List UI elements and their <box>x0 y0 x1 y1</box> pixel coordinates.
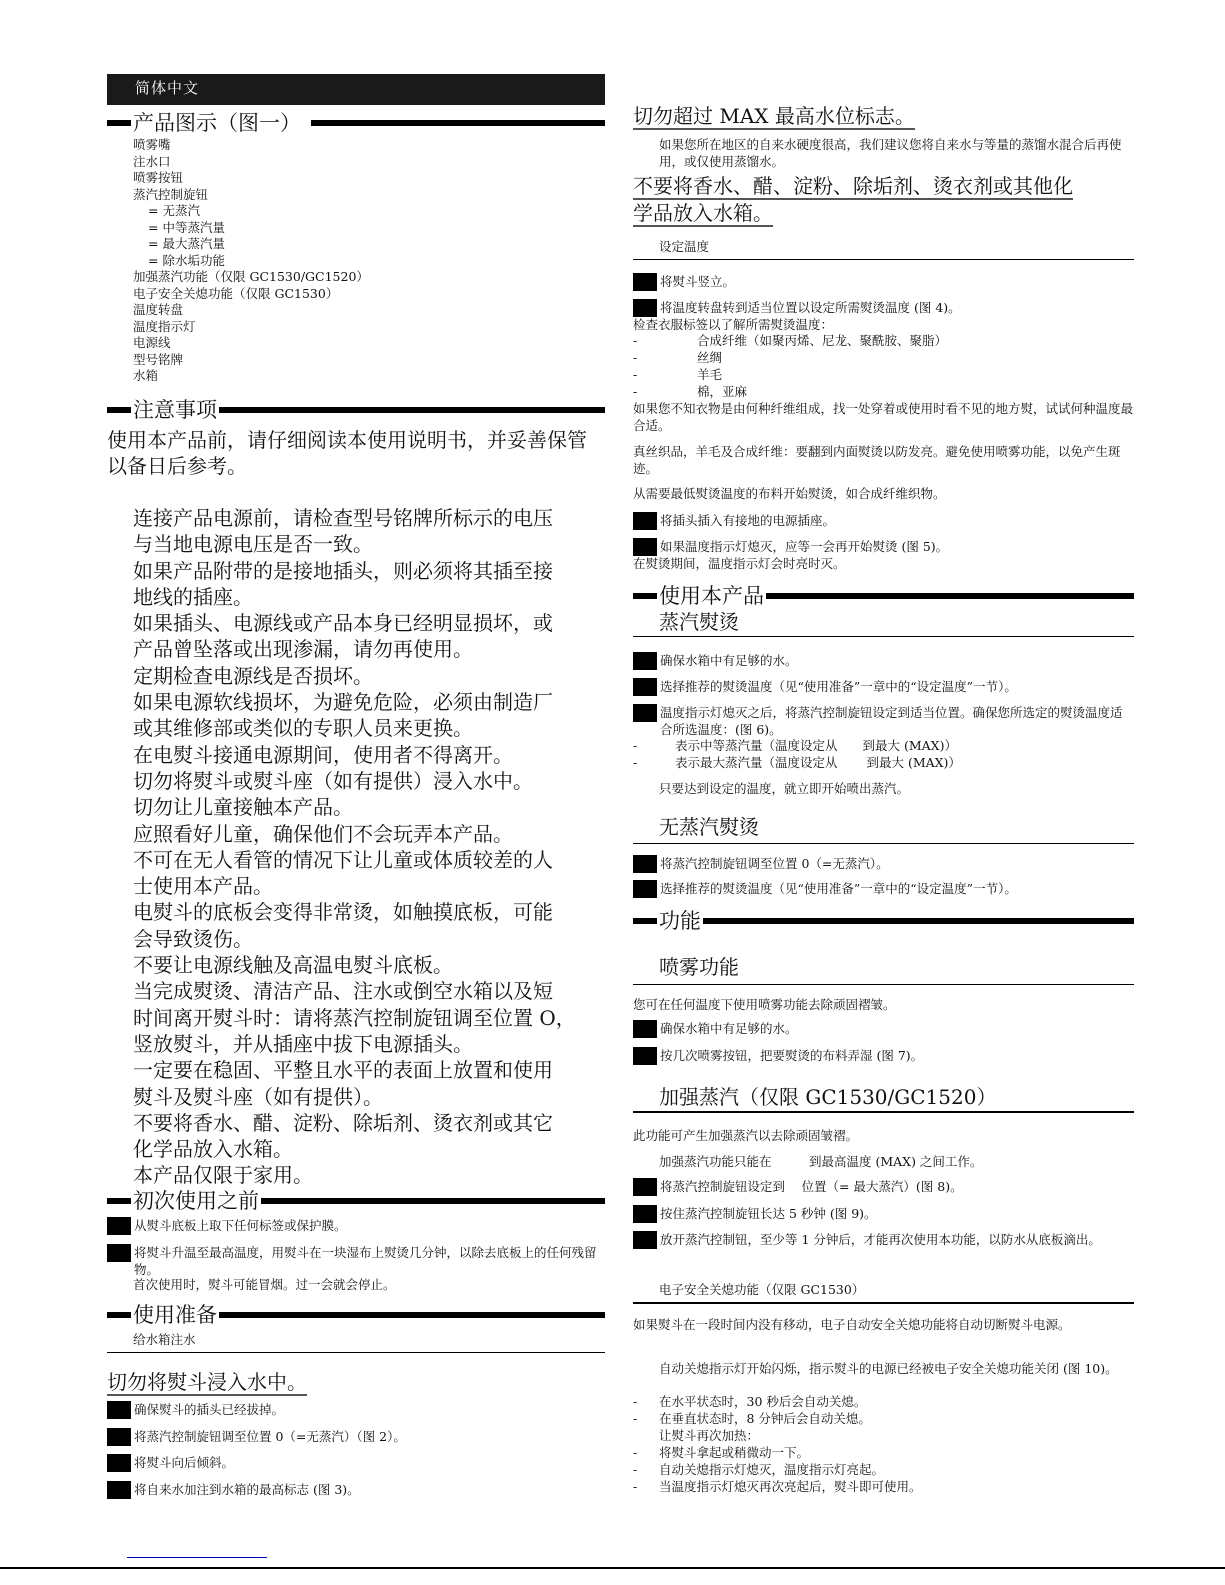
step-text: 将蒸汽控制旋钮调至位置 0（=无蒸汽）（图 2）。 <box>134 1428 406 1446</box>
safety-line: 与当地电源电压是否一致。 <box>133 531 608 557</box>
step-text: 选择推荐的熨烫温度（见“使用准备”一章中的“设定温度”一节）。 <box>660 880 1017 898</box>
step-text: 将熨斗竖立。 <box>660 273 735 291</box>
step-marker <box>633 1231 657 1249</box>
safety-line: 定期检查电源线是否损坏。 <box>133 663 608 689</box>
steam-level-item: -表示最大蒸汽量（温度设定从 到最大 (MAX)） <box>633 755 961 772</box>
subsection-rule <box>633 984 1134 985</box>
step-item: 将熨斗升温至最高温度，用熨斗在一块湿布上熨烫几分钟，以除去底板上的任何残留物。 <box>107 1244 599 1278</box>
part-item: 型号铭牌 <box>133 352 593 369</box>
step-item: 将熨斗竖立。 <box>633 273 735 291</box>
safety-line: 熨斗及熨斗座（如有提供）。 <box>133 1084 608 1110</box>
reheat-text: 当温度指示灯熄灭再次亮起后，熨斗即可使用。 <box>657 1479 922 1494</box>
subsection-rule <box>633 259 1134 260</box>
warning-text: 切勿超过 MAX 最高水位标志。 <box>633 104 915 130</box>
step-note: 在熨烫期间，温度指示灯会时亮时灭。 <box>633 556 846 573</box>
step-text: 将蒸汽控制旋钮调至位置 0（=无蒸汽）。 <box>660 855 889 873</box>
auto-off-text: 在水平状态时，30 秒后会自动关熄。 <box>657 1394 866 1409</box>
dash-bullet: - <box>633 384 657 401</box>
header-rule-left <box>107 1198 131 1204</box>
section-header-preparing: 使用准备 <box>107 1302 605 1328</box>
step-item: 选择推荐的熨烫温度（见“使用准备”一章中的“设定温度”一节）。 <box>633 678 1017 696</box>
auto-off-text: 在垂直状态时，8 分钟后会自动关熄。 <box>657 1411 871 1426</box>
safety-line: 连接产品电源前，请检查型号铭牌所标示的电压 <box>133 505 608 531</box>
spray-intro: 您可在任何温度下使用喷雾功能去除顽固褶皱。 <box>633 997 896 1014</box>
step-item: 将插头插入有接地的电源插座。 <box>633 512 835 530</box>
reheat-item: -当温度指示灯熄灭再次亮起后，熨斗即可使用。 <box>633 1479 922 1496</box>
part-subitem: = 无蒸汽 <box>133 203 593 220</box>
first-use-note: 首次使用时，熨斗可能冒烟。过一会就会停止。 <box>133 1277 396 1294</box>
part-item: 喷雾按钮 <box>133 170 593 187</box>
step-marker <box>633 538 657 556</box>
step-marker <box>633 652 657 670</box>
section-header-product-overview: 产品图示（图一） <box>107 110 605 136</box>
step-marker <box>107 1454 131 1472</box>
safety-line: 在电熨斗接通电源期间，使用者不得离开。 <box>133 742 608 768</box>
header-rule-right <box>766 593 1134 599</box>
part-subitem: = 除水垢功能 <box>133 253 593 270</box>
part-subitem: = 最大蒸汽量 <box>133 236 593 253</box>
section-title: 使用本产品 <box>657 583 766 609</box>
page-bottom-rule <box>0 1567 1225 1569</box>
reheat-text: 将熨斗拿起或稍微动一下。 <box>657 1445 809 1460</box>
check-label-text: 检查衣服标签以了解所需熨烫温度： <box>633 317 833 334</box>
safety-line: 不可在无人看管的情况下让儿童或体质较差的人 <box>133 847 608 873</box>
important-safety-list: 连接产品电源前，请检查型号铭牌所标示的电压 与当地电源电压是否一致。 如果产品附… <box>133 505 608 1189</box>
header-rule-left <box>633 918 657 924</box>
warning-chemicals-line1: 不要将香水、醋、淀粉、除垢剂、烫衣剂或其他化 <box>633 172 1073 200</box>
subsection-fill-tank: 给水箱注水 <box>133 1332 196 1349</box>
step-marker <box>633 512 657 530</box>
dash-bullet: - <box>633 1479 657 1496</box>
part-item: 喷雾嘴 <box>133 137 593 154</box>
section-title: 功能 <box>657 908 703 934</box>
part-item: 电子安全关熄功能（仅限 GC1530） <box>133 286 593 303</box>
step-item: 按几次喷雾按钮，把要熨烫的布料弄湿 (图 7)。 <box>633 1047 923 1065</box>
reheat-item: -将熨斗拿起或稍微动一下。 <box>633 1445 809 1462</box>
header-rule-right <box>219 1312 605 1318</box>
safety-line: 竖放熨斗，并从插座中拔下电源插头。 <box>133 1031 608 1057</box>
step-marker <box>633 880 657 898</box>
steam-level-text: 表示最大蒸汽量（温度设定从 到最大 (MAX)） <box>657 755 961 770</box>
subsection-rule <box>633 843 1134 844</box>
step-item: 如果温度指示灯熄灭，应等一会再开始熨烫 (图 5)。 <box>633 538 948 556</box>
dash-bullet: - <box>633 755 657 772</box>
step-text: 按几次喷雾按钮，把要熨烫的布料弄湿 (图 7)。 <box>660 1047 923 1065</box>
step-item: 将蒸汽控制旋钮调至位置 0（=无蒸汽）。 <box>633 855 889 873</box>
subsection-rule <box>633 636 1134 637</box>
header-rule-right <box>703 918 1134 924</box>
step-marker <box>633 1020 657 1038</box>
step-item: 放开蒸汽控制钮，至少等 1 分钟后，才能再次使用本功能，以防水从底板滴出。 <box>633 1231 1128 1249</box>
step-item: 确保水箱中有足够的水。 <box>633 1020 798 1038</box>
fabric-label: 棉，亚麻 <box>657 384 747 399</box>
step-item: 将蒸汽控制旋钮设定到 位置（= 最大蒸汽）(图 8)。 <box>633 1178 963 1196</box>
step-marker <box>633 1205 657 1223</box>
subsection-rule <box>633 1302 1134 1304</box>
step-marker <box>633 273 657 291</box>
hard-water-tip: 如果您所在地区的自来水硬度很高，我们建议您将自来水与等量的蒸馏水混合后再使用，或… <box>659 137 1129 170</box>
part-item: 温度指示灯 <box>133 319 593 336</box>
safety-line: 如果插头、电源线或产品本身已经明显损坏，或 <box>133 610 608 636</box>
section-header-before-first-use: 初次使用之前 <box>107 1188 605 1214</box>
safety-line: 时间离开熨斗时：请将蒸汽控制旋钮调至位置 O， <box>133 1005 608 1031</box>
subsection-rule <box>633 1111 1134 1113</box>
auto-off-intro: 如果熨斗在一段时间内没有移动，电子自动安全关熄功能将自动切断熨斗电源。 <box>633 1317 1128 1334</box>
dash-bullet: - <box>633 1445 657 1462</box>
warning-text: 不要将香水、醋、淀粉、除垢剂、烫衣剂或其他化 <box>633 174 1073 200</box>
dash-bullet: - <box>633 1411 657 1428</box>
part-subitem: = 中等蒸汽量 <box>133 220 593 237</box>
step-marker <box>633 678 657 696</box>
part-item: 温度转盘 <box>133 302 593 319</box>
header-rule-left <box>633 593 657 599</box>
section-header-features: 功能 <box>633 908 1134 934</box>
safety-line: 一定要在稳固、平整且水平的表面上放置和使用 <box>133 1057 608 1083</box>
fabric-item: -合成纤维（如聚丙烯、尼龙、聚酰胺、聚脂） <box>633 333 947 350</box>
language-banner: 简体中文 <box>107 74 605 105</box>
subsection-rule <box>107 1352 605 1353</box>
reheat-item: -自动关熄指示灯熄灭，温度指示灯亮起。 <box>633 1462 884 1479</box>
step-text: 从熨斗底板上取下任何标签或保护膜。 <box>134 1217 347 1235</box>
warning-chemicals-line2: 学品放入水箱。 <box>633 199 773 227</box>
step-item: 温度指示灯熄灭之后，将蒸汽控制旋钮设定到适当位置。确保您所选定的熨烫温度适合所选… <box>633 704 1128 738</box>
part-item: 蒸汽控制旋钮 <box>133 187 593 204</box>
step-item: 确保熨斗的插头已经拔掉。 <box>107 1401 284 1419</box>
section-title: 使用准备 <box>131 1302 219 1328</box>
dash-bullet: - <box>633 1394 657 1411</box>
warning-text: 学品放入水箱。 <box>633 201 773 227</box>
fabric-item: -棉，亚麻 <box>633 384 747 401</box>
step-marker <box>107 1481 131 1499</box>
subsection-set-temperature: 设定温度 <box>659 239 709 256</box>
subsection-dry-ironing: 无蒸汽熨烫 <box>659 815 759 839</box>
step-item: 将蒸汽控制旋钮调至位置 0（=无蒸汽）（图 2）。 <box>107 1428 406 1446</box>
warning-text: 切勿将熨斗浸入水中。 <box>107 1370 307 1396</box>
section-title: 初次使用之前 <box>131 1188 261 1214</box>
step-marker <box>107 1217 131 1235</box>
step-marker <box>633 299 657 317</box>
header-rule-left <box>107 120 131 126</box>
step-text: 如果温度指示灯熄灭，应等一会再开始熨烫 (图 5)。 <box>660 538 948 556</box>
start-low-tip: 从需要最低熨烫温度的布料开始熨烫，如合成纤维织物。 <box>633 486 946 503</box>
step-item: 从熨斗底板上取下任何标签或保护膜。 <box>107 1217 605 1235</box>
step-item: 将自来水加注到水箱的最高标志 (图 3)。 <box>107 1481 360 1499</box>
step-item: 按住蒸汽控制旋钮长达 5 秒钟 (图 9)。 <box>633 1205 877 1223</box>
subsection-steam-ironing: 蒸汽熨烫 <box>659 610 739 634</box>
silk-tip: 真丝织品，羊毛及合成纤维：要翻到内面熨烫以防发亮。避免使用喷雾功能，以免产生斑迹… <box>633 444 1133 477</box>
header-rule-right <box>261 1198 605 1204</box>
safety-line: 电熨斗的底板会变得非常烫，如触摸底板，可能 <box>133 899 608 925</box>
step-text: 将熨斗向后倾斜。 <box>134 1454 234 1472</box>
safety-line: 本产品仅限于家用。 <box>133 1162 608 1188</box>
safety-line: 地线的插座。 <box>133 584 608 610</box>
safety-line: 不要将香水、醋、淀粉、除垢剂、烫衣剂或其它 <box>133 1110 608 1136</box>
step-marker <box>107 1428 131 1446</box>
header-rule-left <box>107 407 131 413</box>
steam-note: 只要达到设定的温度，就立即开始喷出蒸汽。 <box>659 781 909 798</box>
important-intro: 使用本产品前，请仔细阅读本使用说明书，并妥善保管以备日后参考。 <box>107 427 605 480</box>
unknown-fabric-tip: 如果您不知衣物是由何种纤维组成，找一处穿着或使用时看不见的地方熨，试试何种温度最… <box>633 401 1133 434</box>
dash-bullet: - <box>633 367 657 384</box>
section-header-using: 使用本产品 <box>633 583 1134 609</box>
safety-line: 化学品放入水箱。 <box>133 1136 608 1162</box>
safety-line: 切勿将熨斗或熨斗座（如有提供）浸入水中。 <box>133 768 608 794</box>
step-text: 将熨斗升温至最高温度，用熨斗在一块湿布上熨烫几分钟，以除去底板上的任何残留物。 <box>134 1244 599 1278</box>
step-text: 确保水箱中有足够的水。 <box>660 1020 798 1038</box>
subsection-auto-off: 电子安全关熄功能（仅限 GC1530） <box>659 1282 864 1299</box>
header-rule-right <box>311 120 605 126</box>
step-item: 将熨斗向后倾斜。 <box>107 1454 234 1472</box>
warning-max-level: 切勿超过 MAX 最高水位标志。 <box>633 102 915 130</box>
fabric-label: 合成纤维（如聚丙烯、尼龙、聚酰胺、聚脂） <box>657 333 947 348</box>
footer-link-underline[interactable] <box>127 1557 267 1558</box>
step-text: 将蒸汽控制旋钮设定到 位置（= 最大蒸汽）(图 8)。 <box>660 1178 963 1196</box>
step-text: 放开蒸汽控制钮，至少等 1 分钟后，才能再次使用本功能，以防水从底板滴出。 <box>660 1231 1101 1249</box>
step-text: 将温度转盘转到适当位置以设定所需熨烫温度 (图 4)。 <box>660 299 961 317</box>
safety-line: 当完成熨烫、清洁产品、注水或倒空水箱以及短 <box>133 978 608 1004</box>
step-text: 将插头插入有接地的电源插座。 <box>660 512 835 530</box>
section-title: 产品图示（图一） <box>131 110 303 136</box>
step-marker <box>633 1178 657 1196</box>
auto-off-item: -在水平状态时，30 秒后会自动关熄。 <box>633 1394 866 1411</box>
shot-note: 加强蒸汽功能只能在 到最高温度 (MAX) 之间工作。 <box>659 1154 982 1171</box>
safety-line: 或其维修部或类似的专职人员来更换。 <box>133 715 608 741</box>
header-rule-left <box>107 1312 131 1318</box>
dash-bullet: - <box>633 333 657 350</box>
warning-no-immerse: 切勿将熨斗浸入水中。 <box>107 1368 307 1396</box>
step-text: 确保水箱中有足够的水。 <box>660 652 798 670</box>
safety-line: 切勿让儿童接触本产品。 <box>133 794 608 820</box>
part-item: 加强蒸汽功能（仅限 GC1530/GC1520） <box>133 269 593 286</box>
steam-level-text: 表示中等蒸汽量（温度设定从 到最大 (MAX)） <box>657 738 957 753</box>
fabric-item: -羊毛 <box>633 367 722 384</box>
step-text: 将自来水加注到水箱的最高标志 (图 3)。 <box>134 1481 360 1499</box>
part-item: 电源线 <box>133 335 593 352</box>
safety-line: 应照看好儿童，确保他们不会玩弄本产品。 <box>133 821 608 847</box>
step-text: 按住蒸汽控制旋钮长达 5 秒钟 (图 9)。 <box>660 1205 877 1223</box>
part-item: 注水口 <box>133 154 593 171</box>
dash-bullet: - <box>633 738 657 755</box>
safety-line: 如果电源软线损坏，为避免危险，必须由制造厂 <box>133 689 608 715</box>
subsection-shot-of-steam: 加强蒸汽（仅限 GC1530/GC1520） <box>659 1085 996 1109</box>
dash-bullet: - <box>633 350 657 367</box>
reheat-text: 自动关熄指示灯熄灭，温度指示灯亮起。 <box>657 1462 884 1477</box>
dash-bullet: - <box>633 1462 657 1479</box>
step-marker <box>107 1244 131 1262</box>
part-item: 水箱 <box>133 368 593 385</box>
step-item: 将温度转盘转到适当位置以设定所需熨烫温度 (图 4)。 <box>633 299 961 317</box>
step-marker <box>633 1047 657 1065</box>
safety-line: 如果产品附带的是接地插头，则必须将其插至接 <box>133 558 608 584</box>
shot-intro: 此功能可产生加强蒸汽以去除顽固皱褶。 <box>633 1128 858 1145</box>
fabric-label: 丝绸 <box>657 350 722 365</box>
reheat-label: 让熨斗再次加热： <box>659 1428 759 1445</box>
step-marker <box>633 855 657 873</box>
step-item: 选择推荐的熨烫温度（见“使用准备”一章中的“设定温度”一节）。 <box>633 880 1017 898</box>
fabric-label: 羊毛 <box>657 367 722 382</box>
step-item: 确保水箱中有足够的水。 <box>633 652 798 670</box>
steam-level-item: -表示中等蒸汽量（温度设定从 到最大 (MAX)） <box>633 738 957 755</box>
auto-off-item: -在垂直状态时，8 分钟后会自动关熄。 <box>633 1411 871 1428</box>
header-rule-right <box>219 407 605 413</box>
subsection-spray: 喷雾功能 <box>659 955 739 979</box>
step-text: 确保熨斗的插头已经拔掉。 <box>134 1401 284 1419</box>
safety-line: 会导致烫伤。 <box>133 926 608 952</box>
auto-off-note: 自动关熄指示灯开始闪烁，指示熨斗的电源已经被电子安全关熄功能关闭 (图 10)。 <box>659 1361 1124 1378</box>
section-title: 注意事项 <box>131 397 219 423</box>
safety-line: 不要让电源线触及高温电熨斗底板。 <box>133 952 608 978</box>
step-text: 选择推荐的熨烫温度（见“使用准备”一章中的“设定温度”一节）。 <box>660 678 1017 696</box>
product-parts-list: 喷雾嘴 注水口 喷雾按钮 蒸汽控制旋钮 = 无蒸汽 = 中等蒸汽量 = 最大蒸汽… <box>133 137 593 385</box>
section-header-important: 注意事项 <box>107 397 605 423</box>
language-label: 简体中文 <box>135 77 199 98</box>
safety-line: 产品曾坠落或出现渗漏，请勿再使用。 <box>133 636 608 662</box>
safety-line: 士使用本产品。 <box>133 873 608 899</box>
fabric-item: -丝绸 <box>633 350 722 367</box>
step-marker <box>633 704 657 722</box>
step-text: 温度指示灯熄灭之后，将蒸汽控制旋钮设定到适当位置。确保您所选定的熨烫温度适合所选… <box>660 704 1128 738</box>
step-marker <box>107 1401 131 1419</box>
